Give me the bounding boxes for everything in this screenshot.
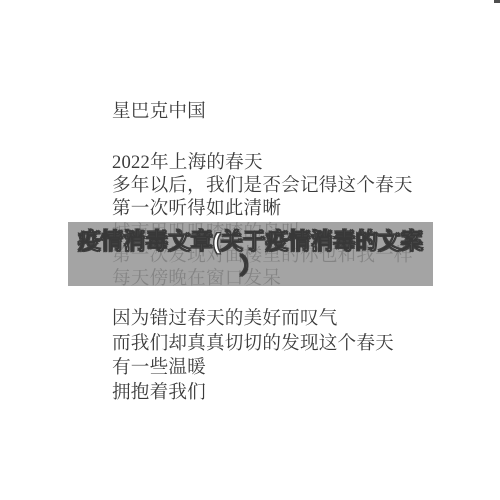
poem-line: 2022年上海的春天 (112, 151, 413, 174)
poem-line: 多年以后，我们是否会记得这个春天 (112, 174, 413, 197)
poem-line: 第一次听得如此清晰 (112, 197, 413, 220)
title-overlay-band: 疫情消毒文章(关于疫情消毒的文案 ） (68, 222, 433, 286)
overlay-title-line-2: ） (239, 254, 262, 279)
corner-artifact (494, 0, 500, 3)
article-page: 星巴克中国 2022年上海的春天 多年以后，我们是否会记得这个春天 第一次听得如… (0, 0, 500, 500)
poem-author-block: 星巴克中国 (112, 100, 206, 124)
overlay-title-line-1: 疫情消毒文章(关于疫情消毒的文案 (78, 229, 423, 254)
poem-author: 星巴克中国 (112, 100, 206, 124)
poem-line: 有一些温暖 (112, 356, 394, 381)
poem-line: 拥抱着我们 (112, 381, 394, 406)
poem-line: 因为错过春天的美好而叹气 (112, 307, 394, 332)
poem-line: 而我们却真真切切的发现这个春天 (112, 332, 394, 357)
poem-stanza-2: 因为错过春天的美好而叹气 而我们却真真切切的发现这个春天 有一些温暖 拥抱着我们 (112, 307, 394, 405)
